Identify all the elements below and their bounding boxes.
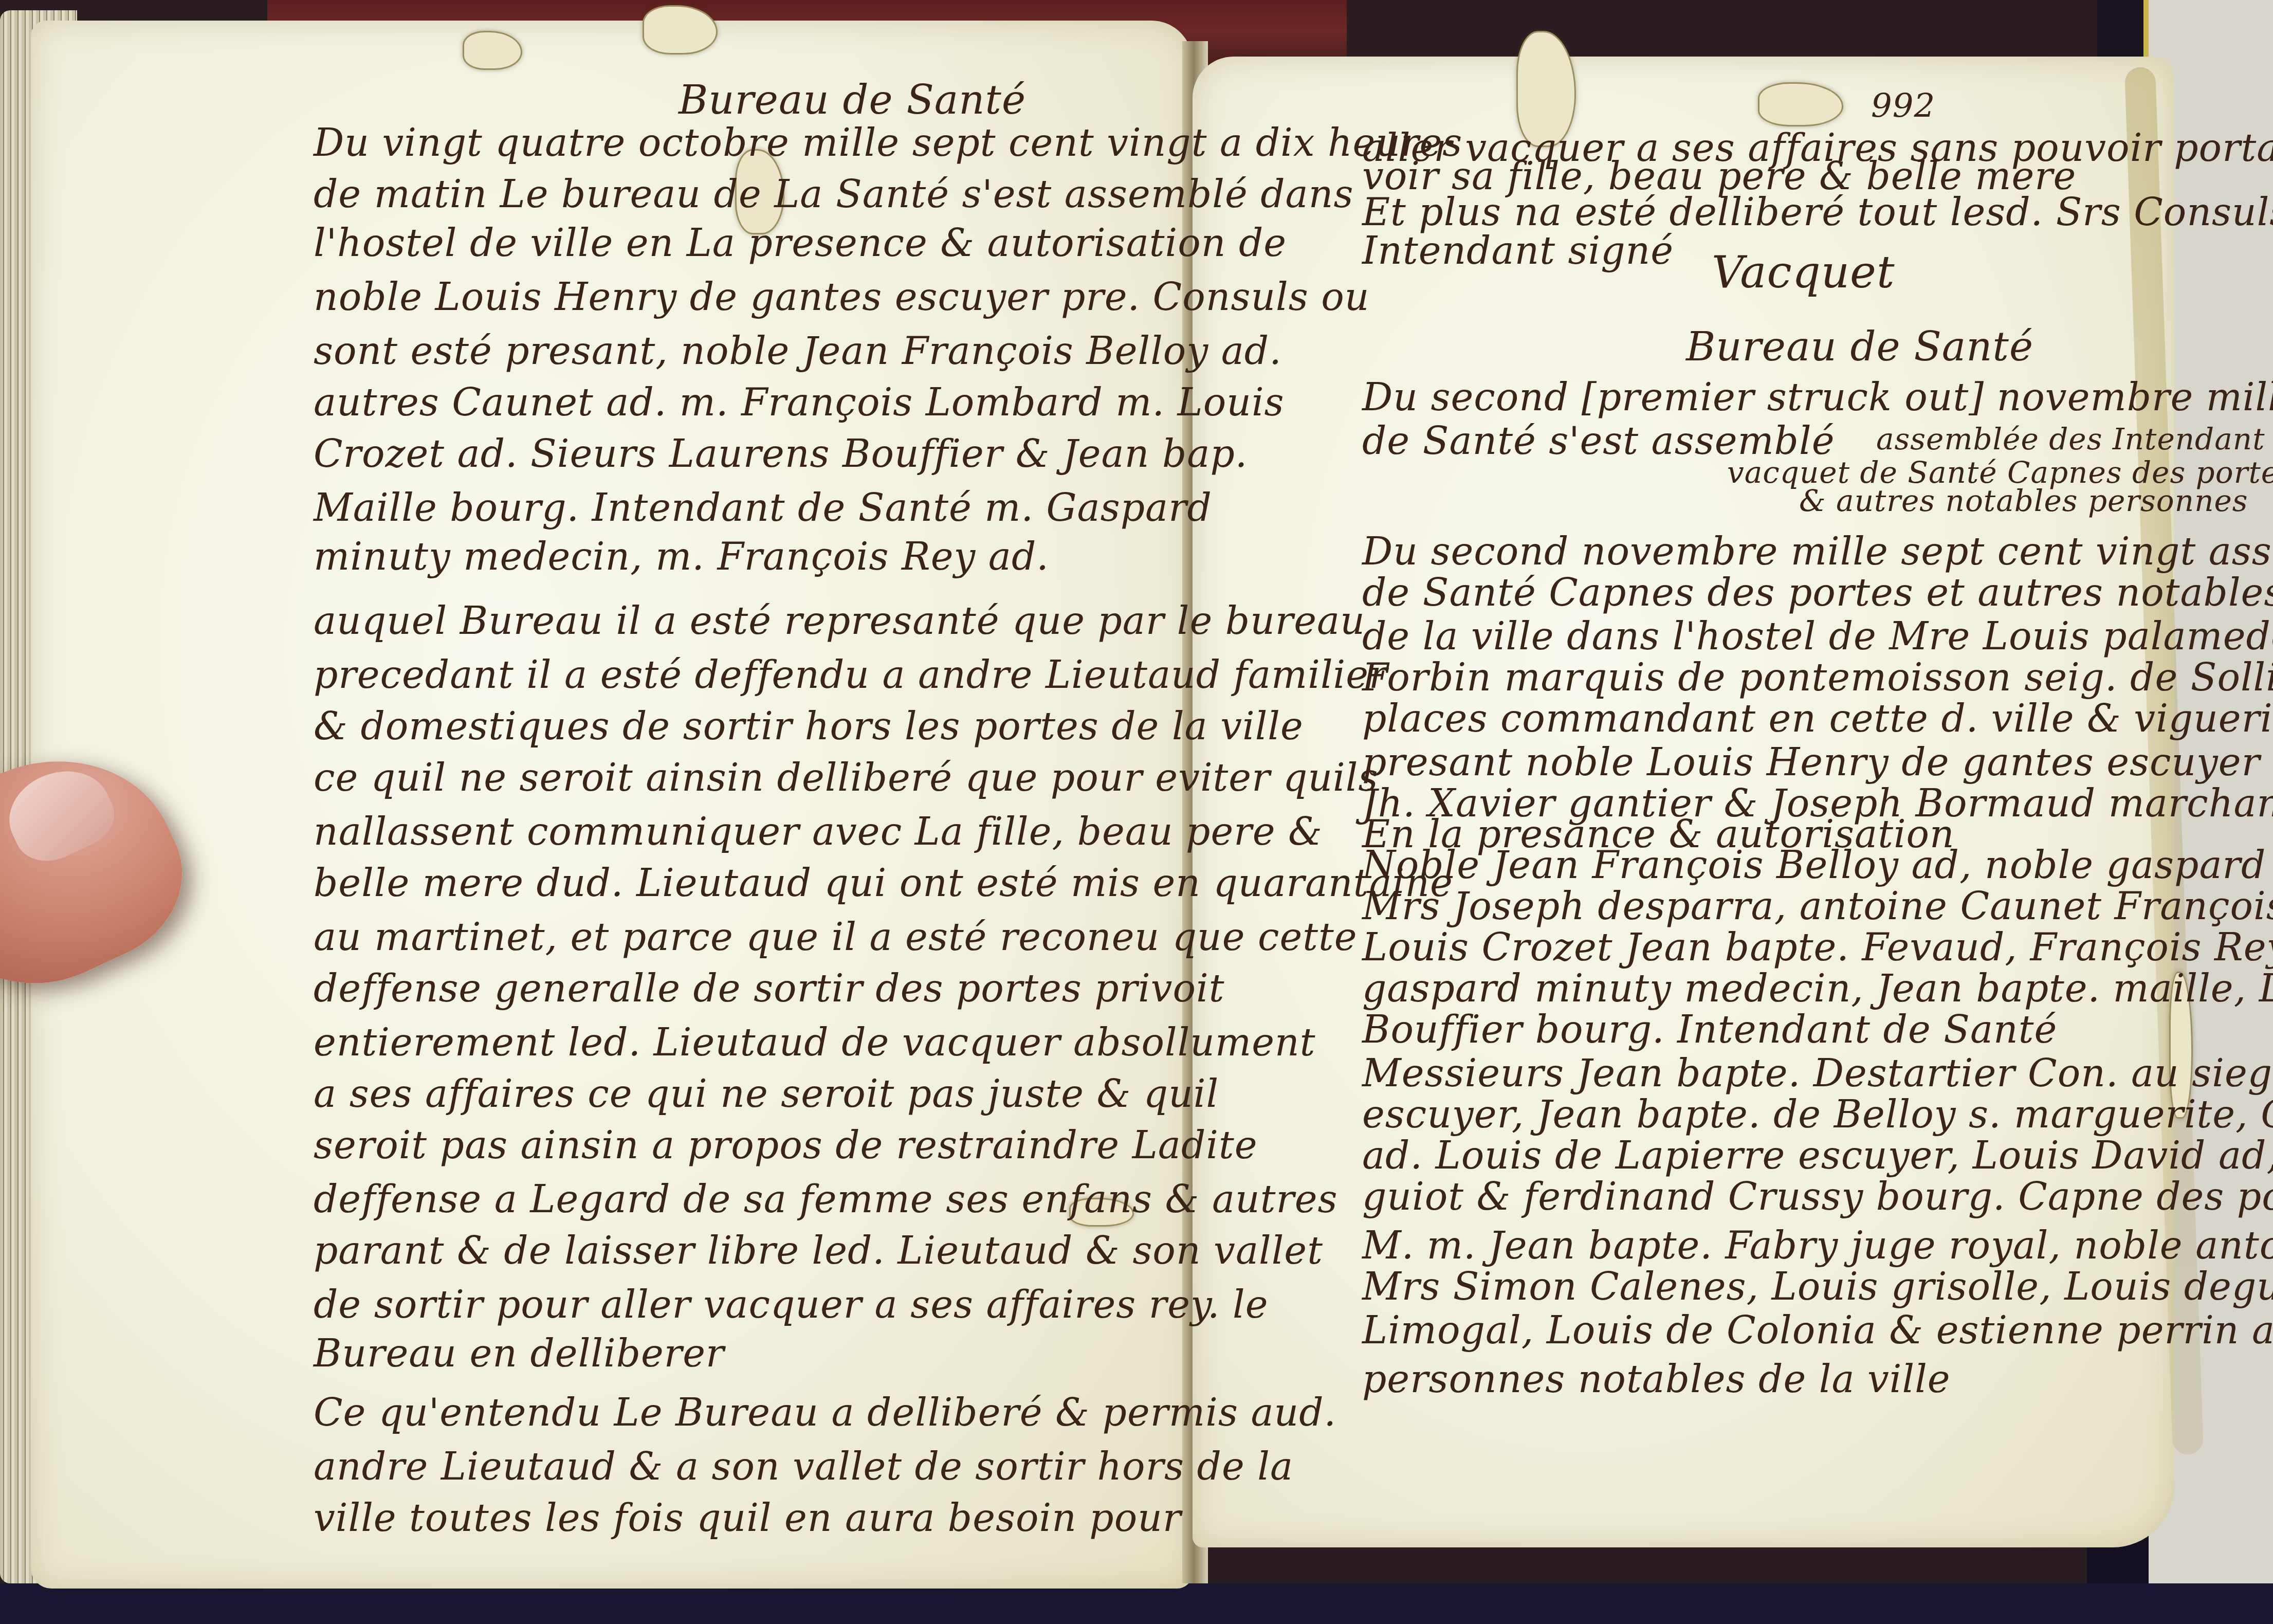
right-page-heading: Bureau de Santé: [1686, 324, 2033, 370]
text-line: Bouffier bourg. Intendant de Santé: [1362, 1008, 2057, 1052]
text-line: belle mere dud. Lieutaud qui ont esté mi…: [314, 861, 1453, 905]
text-line: nallassent communiquer avec La fille, be…: [314, 810, 1323, 854]
text-line: & domestiques de sortir hors les portes …: [314, 704, 1304, 749]
left-page-heading: Bureau de Santé: [679, 77, 1026, 123]
text-line: M. m. Jean bapte. Fabry juge royal, nobl…: [1362, 1224, 2273, 1268]
text-line: Limogal, Louis de Colonia & estienne per…: [1362, 1308, 2273, 1353]
photo-scene: Bureau de Santé Du vingt quatre octobre …: [0, 0, 2273, 1624]
text-line: sont esté presant, noble Jean François B…: [314, 329, 1282, 373]
text-line: au martinet, et parce que il a esté reco…: [314, 915, 1358, 959]
text-line: Du second [premier struck out] novembre …: [1362, 375, 2273, 419]
text-line: Messieurs Jean bapte. Destartier Con. au…: [1362, 1051, 2273, 1096]
text-line: entierement led. Lieutaud de vacquer abs…: [314, 1020, 1315, 1065]
text-line: Crozet ad. Sieurs Laurens Bouffier & Jea…: [314, 432, 1248, 476]
text-line: Maille bourg. Intendant de Santé m. Gasp…: [314, 486, 1212, 530]
text-line: de matin Le bureau de La Santé s'est ass…: [314, 172, 1353, 216]
text-line: de la ville dans l'hostel de Mre Louis p…: [1362, 614, 2273, 659]
text-line: seroit pas ainsin a propos de restraindr…: [314, 1123, 1258, 1167]
text-line: Intendant signé: [1362, 229, 1674, 273]
text-line: andre Lieutaud & a son vallet de sortir …: [314, 1445, 1293, 1489]
text-line: Du vingt quatre octobre mille sept cent …: [314, 121, 1462, 165]
text-line: ce quil ne seroit ainsin delliberé que p…: [314, 756, 1378, 800]
text-line: Louis Crozet Jean bapte. Fevaud, Françoi…: [1362, 925, 2273, 970]
text-line: Forbin marquis de pontemoisson seig. de …: [1362, 655, 2273, 700]
text-line: ad. Louis de Lapierre escuyer, Louis Dav…: [1362, 1134, 2273, 1178]
text-line: places commandant en cette d. ville & vi…: [1362, 697, 2273, 741]
text-line: Bureau en delliberer: [314, 1331, 724, 1376]
text-line: presant noble Louis Henry de gantes escu…: [1362, 740, 2273, 784]
text-line: Mrs Joseph desparra, antoine Caunet Fran…: [1362, 884, 2273, 928]
text-line: Mrs Simon Calenes, Louis grisolle, Louis…: [1362, 1265, 2273, 1309]
text-line: a ses affaires ce qui ne seroit pas just…: [314, 1072, 1219, 1116]
text-line: precedant il a esté deffendu a andre Lie…: [314, 653, 1387, 697]
bottom-shadow: [0, 1583, 2273, 1624]
text-line: Noble Jean François Belloy ad, noble gas…: [1362, 843, 2273, 887]
text-line: auquel Bureau il a esté represanté que p…: [314, 599, 1365, 643]
folio-number: 992: [1871, 87, 1935, 125]
text-line: escuyer, Jean bapte. de Belloy s. margue…: [1362, 1092, 2273, 1137]
text-line: parant & de laisser libre led. Lieutaud …: [314, 1229, 1323, 1273]
text-line: Et plus na esté delliberé tout lesd. Srs…: [1362, 190, 2273, 234]
text-line: Du second novembre mille sept cent vingt…: [1362, 530, 2273, 574]
text-line: l'hostel de ville en La presence & autor…: [314, 221, 1287, 265]
text-line: ville toutes les fois quil en aura besoi…: [314, 1496, 1181, 1540]
text-line: gaspard minuty medecin, Jean bapte. mail…: [1362, 966, 2273, 1011]
thumbnail: [0, 755, 124, 873]
text-line: guiot & ferdinand Crussy bourg. Capne de…: [1362, 1175, 2273, 1219]
margin-note-line: & autres notables personnes: [1799, 483, 2248, 518]
text-line: minuty medecin, m. François Rey ad.: [314, 535, 1049, 579]
signature: Vacquet: [1712, 247, 1895, 298]
text-line: Ce qu'entendu Le Bureau a delliberé & pe…: [314, 1391, 1336, 1435]
text-line: noble Louis Henry de gantes escuyer pre.…: [314, 275, 1369, 319]
text-line: de sortir pour aller vacquer a ses affai…: [314, 1283, 1269, 1327]
text-line: deffense a Legard de sa femme ses enfans…: [314, 1177, 1338, 1221]
text-line: deffense generalle de sortir des portes …: [314, 966, 1225, 1011]
text-line: autres Caunet ad. m. François Lombard m.…: [314, 380, 1285, 425]
text-line: de Santé Capnes des portes et autres not…: [1362, 571, 2273, 615]
margin-note-line: assemblée des Intendant: [1876, 422, 2265, 457]
text-line: personnes notables de la ville: [1362, 1357, 1951, 1401]
